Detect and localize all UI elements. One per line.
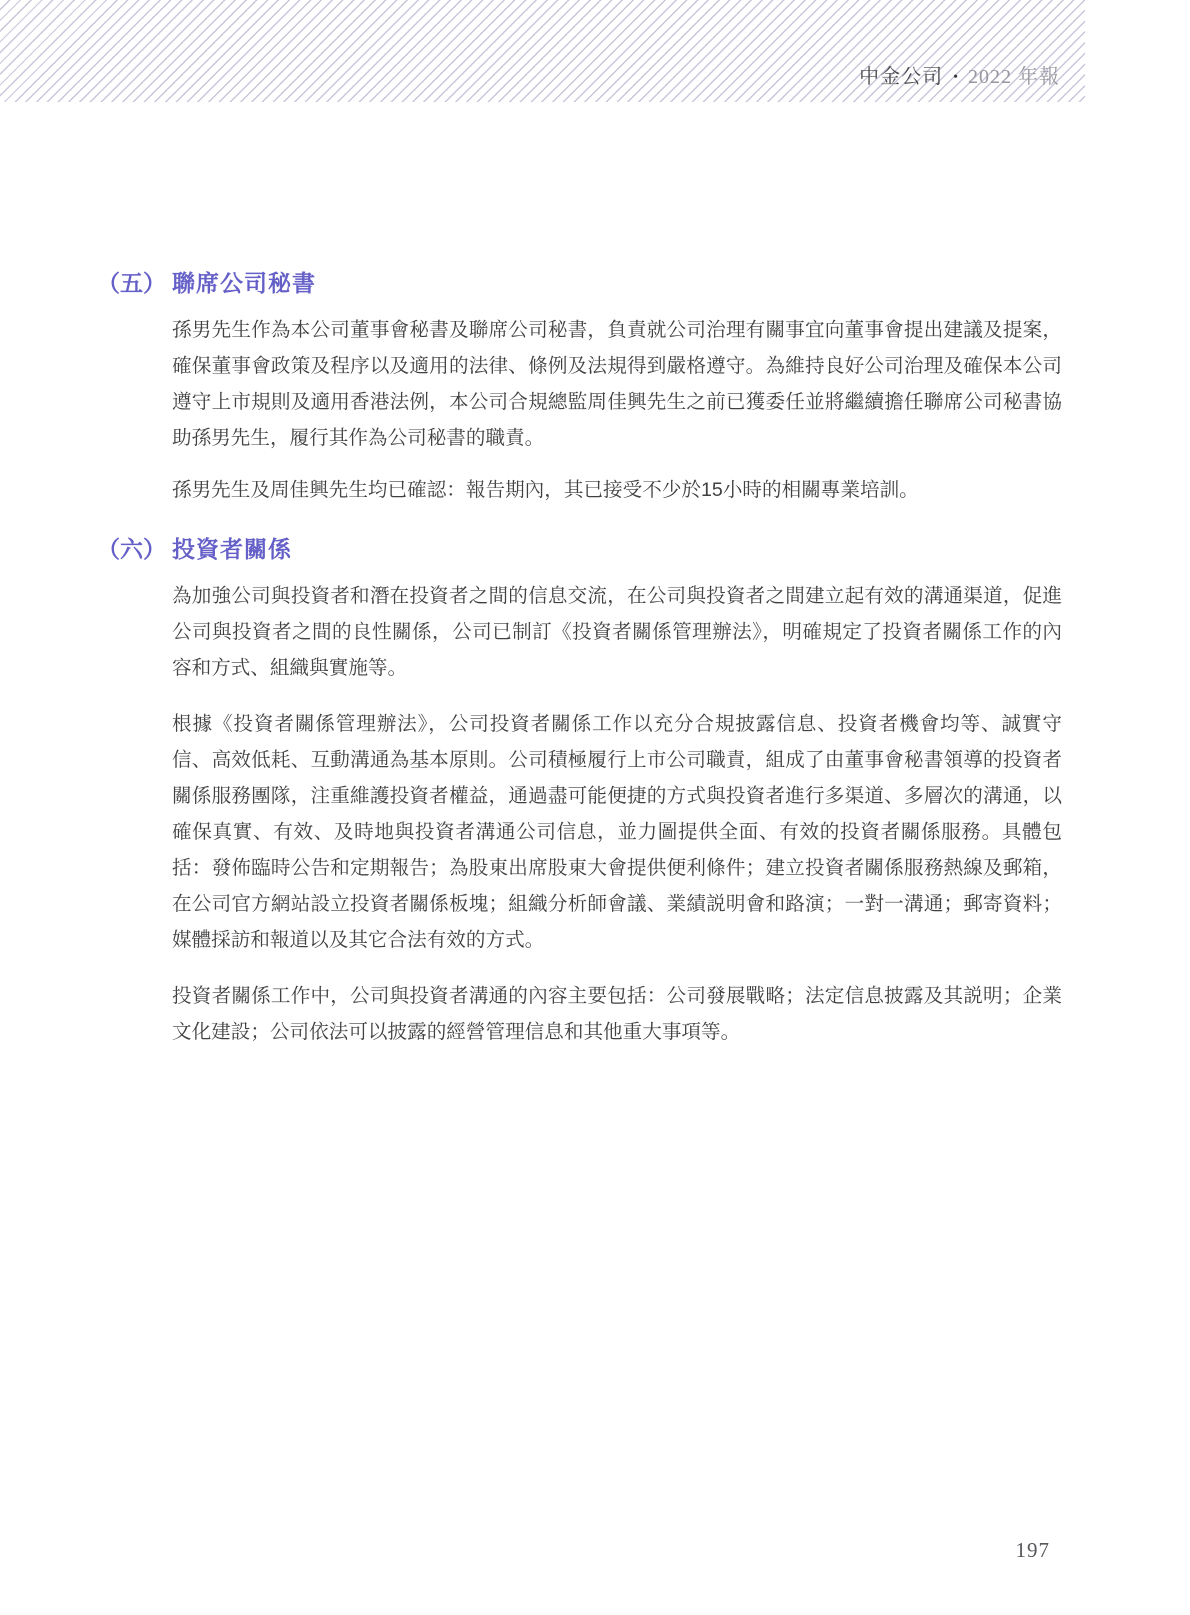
section-title: 投資者關係 — [172, 536, 292, 562]
report-page: 中金公司•2022 年報 （五）聯席公司秘書 孫男先生作為本公司董事會秘書及聯席… — [0, 0, 1190, 1615]
page-content: （五）聯席公司秘書 孫男先生作為本公司董事會秘書及聯席公司秘書，負責就公司治理有… — [0, 0, 1190, 1050]
body-paragraph: 孫男先生及周佳興先生均已確認：報告期內，其已接受不少於15小時的相關專業培訓。 — [172, 472, 1062, 508]
body-paragraph: 根據《投資者關係管理辦法》，公司投資者關係工作以充分合規披露信息、投資者機會均等… — [172, 706, 1062, 958]
body-paragraph: 孫男先生作為本公司董事會秘書及聯席公司秘書，負責就公司治理有關事宜向董事會提出建… — [172, 312, 1062, 456]
section-investor-relations: （六）投資者關係 為加強公司與投資者和潛在投資者之間的信息交流，在公司與投資者之… — [172, 534, 1062, 1050]
section-heading: （五）聯席公司秘書 — [172, 268, 1062, 298]
section-number: （五） — [97, 268, 166, 298]
section-joint-company-secretary: （五）聯席公司秘書 孫男先生作為本公司董事會秘書及聯席公司秘書，負責就公司治理有… — [172, 268, 1062, 508]
section-title: 聯席公司秘書 — [172, 270, 316, 296]
body-paragraph: 投資者關係工作中，公司與投資者溝通的內容主要包括：公司發展戰略；法定信息披露及其… — [172, 978, 1062, 1050]
body-paragraph: 為加強公司與投資者和潛在投資者之間的信息交流，在公司與投資者之間建立起有效的溝通… — [172, 578, 1062, 686]
section-heading: （六）投資者關係 — [172, 534, 1062, 564]
section-number: （六） — [97, 534, 166, 564]
page-number: 197 — [1016, 1538, 1051, 1563]
